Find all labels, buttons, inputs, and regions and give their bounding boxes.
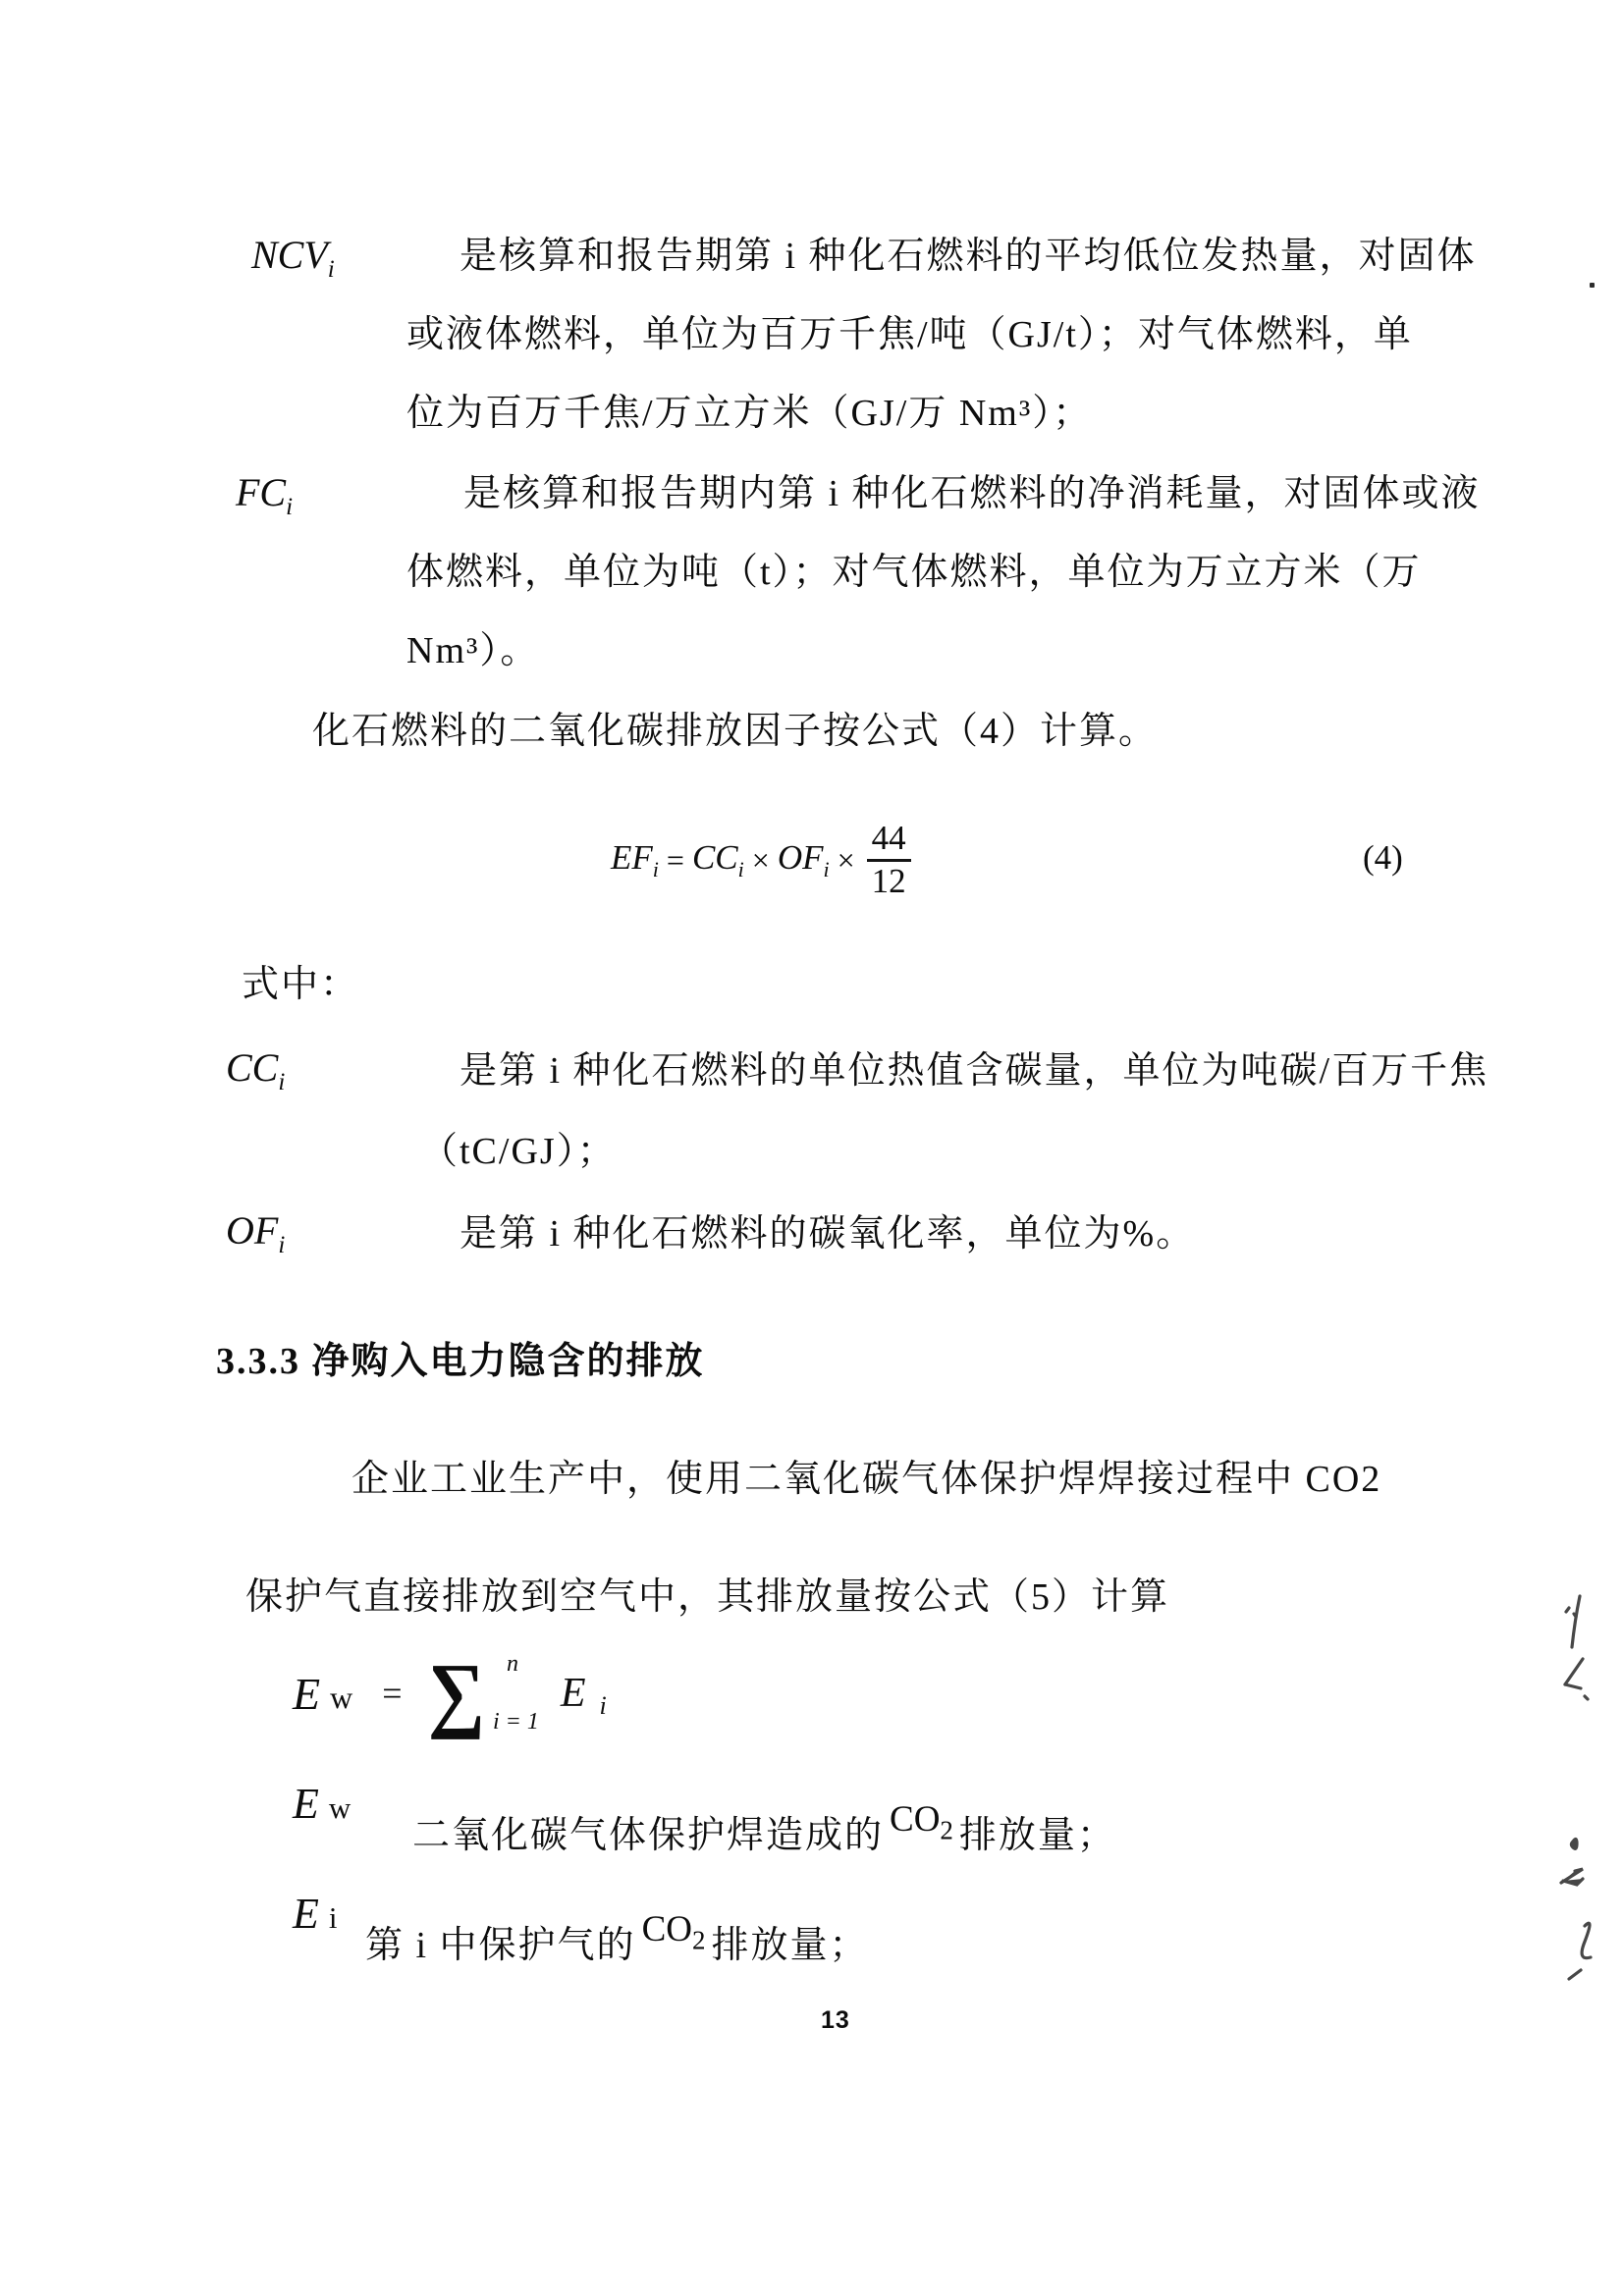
page-number: 13 bbox=[821, 2006, 850, 2035]
term-fc-sub: i bbox=[286, 494, 293, 520]
f5-rhs-sub: i bbox=[600, 1691, 607, 1721]
ncv-def-line3: 位为百万千焦/万立方米（GJ/万 Nm³）； bbox=[406, 393, 1092, 436]
sigma-lower: i = 1 bbox=[493, 1709, 539, 1735]
term-of-base: OF bbox=[226, 1208, 278, 1253]
handwritten-margin-marks bbox=[1542, 1522, 1623, 2012]
fc-def-line1: 是核算和报告期内第 i 种化石燃料的净消耗量，对固体或液 bbox=[463, 473, 1481, 516]
ei-def-suffix: 排放量； bbox=[711, 1925, 868, 1966]
fc-def-line2: 体燃料，单位为吨（t）；对气体燃料，单位为万立方米（万 bbox=[406, 552, 1422, 595]
term-fc-base: FC bbox=[236, 470, 286, 514]
f4-term1: CCi bbox=[692, 838, 744, 882]
formula-4: EFi = CCi × OFi × 44 12 bbox=[611, 821, 911, 900]
ei-definition: 第 i 中保护气的CO2排放量； bbox=[365, 1914, 868, 1972]
term-fc: FCi bbox=[236, 469, 293, 521]
f4-equals: = bbox=[667, 842, 684, 879]
f4-fraction: 44 12 bbox=[867, 821, 911, 900]
term-ew-base: E bbox=[293, 1780, 319, 1828]
sigma-symbol: ∑ bbox=[428, 1657, 485, 1729]
sigma-limits: n i = 1 bbox=[493, 1651, 539, 1735]
term-ei: Ei bbox=[293, 1889, 338, 1939]
f4-term2: OFi bbox=[778, 838, 830, 882]
term-ncv-sub: i bbox=[328, 256, 335, 283]
formula4-number: (4) bbox=[1363, 838, 1403, 878]
term-cc-base: CC bbox=[226, 1045, 278, 1090]
term-ncv: NCVi bbox=[251, 232, 335, 284]
f4-times2: × bbox=[838, 842, 855, 879]
f4-denominator: 12 bbox=[872, 862, 906, 900]
formula4-intro: 化石燃料的二氧化碳排放因子按公式（4）计算。 bbox=[312, 711, 1158, 754]
cc-def-line2: （tC/GJ）； bbox=[420, 1131, 617, 1174]
term-of-sub: i bbox=[278, 1232, 285, 1258]
co2-label: CO2 bbox=[642, 1909, 706, 1949]
term-of: OFi bbox=[226, 1207, 285, 1259]
section-heading-3-3-3: 3.3.3 净购入电力隐含的排放 bbox=[216, 1341, 705, 1384]
f5-lhs-sub: w bbox=[330, 1680, 352, 1716]
ei-def-text: 第 i 中保护气的 bbox=[365, 1925, 636, 1966]
ew-definition: 二氧化碳气体保护焊造成的CO2排放量； bbox=[412, 1804, 1116, 1862]
term-cc-sub: i bbox=[278, 1069, 285, 1095]
term-cc: CCi bbox=[226, 1044, 285, 1096]
term-ncv-base: NCV bbox=[251, 233, 328, 277]
term-ei-sub: i bbox=[329, 1900, 338, 1935]
sigma-upper: n bbox=[493, 1651, 539, 1678]
paragraph-line2: 保护气直接排放到空气中，其排放量按公式（5）计算 bbox=[245, 1576, 1169, 1620]
f4-lhs: EFi bbox=[611, 838, 659, 882]
where-label: 式中： bbox=[242, 964, 359, 1007]
f5-lhs: E bbox=[293, 1668, 320, 1720]
fc-def-line3: Nm³）。 bbox=[406, 630, 539, 673]
f4-times1: × bbox=[752, 842, 770, 879]
ncv-def-line1: 是核算和报告期第 i 种化石燃料的平均低位发热量，对固体 bbox=[460, 236, 1477, 279]
of-def-line1: 是第 i 种化石燃料的碳氧化率，单位为%。 bbox=[460, 1213, 1195, 1256]
scan-speck bbox=[1590, 283, 1595, 288]
paragraph-line1: 企业工业生产中，使用二氧化碳气体保护焊焊接过程中 CO2 bbox=[352, 1459, 1381, 1502]
cc-def-line1: 是第 i 种化石燃料的单位热值含碳量，单位为吨碳/百万千焦 bbox=[460, 1050, 1488, 1094]
f5-rhs: E bbox=[561, 1670, 586, 1717]
ncv-def-line2: 或液体燃料，单位为百万千焦/吨（GJ/t）；对气体燃料，单 bbox=[406, 314, 1413, 357]
ew-def-text: 二氧化碳气体保护焊造成的 bbox=[412, 1815, 884, 1856]
term-ew: Ew bbox=[293, 1779, 351, 1829]
ew-def-suffix: 排放量； bbox=[959, 1815, 1116, 1856]
formula-5: E w = ∑ n i = 1 E i bbox=[293, 1651, 607, 1735]
term-ei-base: E bbox=[293, 1890, 319, 1938]
co2-label: CO2 bbox=[890, 1799, 953, 1840]
f5-equals: = bbox=[382, 1673, 402, 1714]
f4-numerator: 44 bbox=[867, 821, 911, 862]
term-ew-sub: w bbox=[329, 1790, 351, 1825]
document-page: NCVi 是核算和报告期第 i 种化石燃料的平均低位发热量，对固体 或液体燃料，… bbox=[0, 0, 1623, 2296]
